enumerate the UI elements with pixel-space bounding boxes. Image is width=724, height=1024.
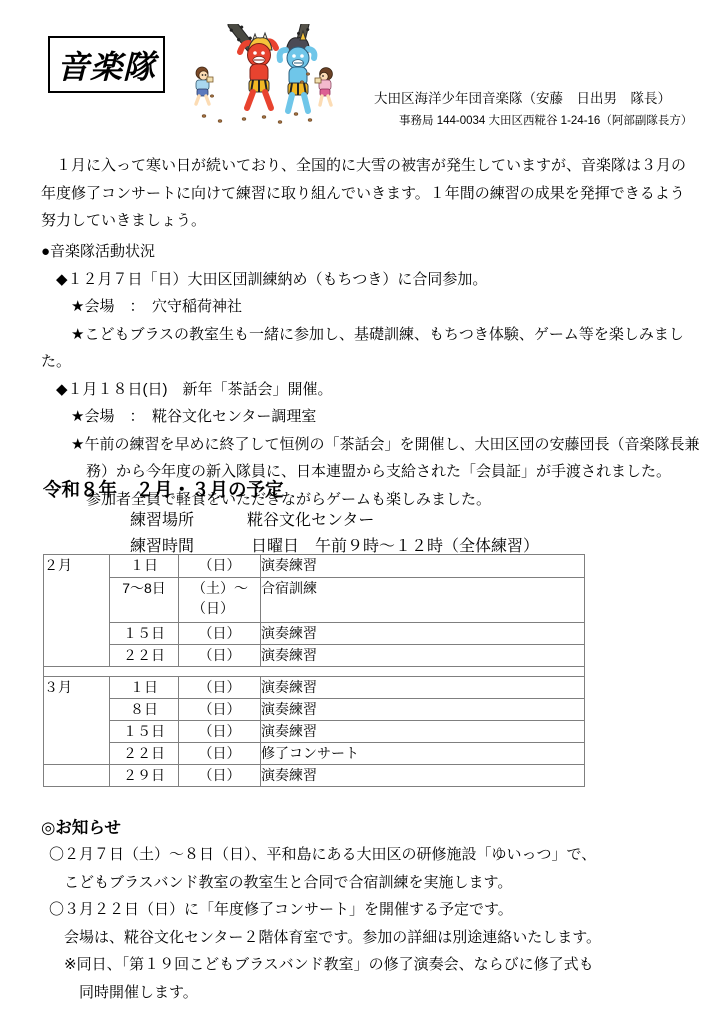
day-cell: ２２日 — [110, 645, 179, 667]
weekday-cell: （日） — [179, 677, 261, 699]
activity-cell: 演奏練習 — [261, 645, 585, 667]
intro-paragraph: １月に入って寒い日が続いており、全国的に大雪の被害が発生していますが、音楽隊は３… — [41, 152, 686, 235]
month-cell: ３月 — [44, 677, 110, 765]
activity-line: た。 — [41, 348, 699, 376]
table-spacer-row — [44, 667, 585, 677]
notice-line: こどもブラスバンド教室の教室生と合同で合宿訓練を実施します。 — [49, 869, 601, 897]
practice-place-label: 練習場所 — [130, 507, 194, 530]
notice-line: 同時開催します。 — [49, 979, 601, 1007]
activity-cell: 演奏練習 — [261, 699, 585, 721]
weekday-cell: （日） — [179, 645, 261, 667]
spacer-cell — [44, 667, 585, 677]
table-row: １５日 （日） 演奏練習 — [44, 623, 585, 645]
red-oni-figure — [225, 24, 276, 108]
office-address-line: 事務局 144-0034 大田区西糀谷 1-24-16（阿部副隊長方） — [399, 112, 692, 128]
activity-line: ★こどもブラスの教室生も一緒に参加し、基礎訓練、もちつき体験、ゲーム等を楽しみま… — [41, 321, 699, 349]
notice-line: ※同日、「第１９回こどもブラスバンド教室」の修了演奏会、ならびに修了式も — [49, 951, 601, 979]
blue-oni-figure — [280, 24, 315, 111]
activity-cell: 合宿訓練 — [261, 578, 585, 623]
girl-throwing-beans-figure — [315, 68, 332, 105]
activity-line: ◆１月１８日(日) 新年「茶話会」開催。 — [41, 376, 699, 404]
day-cell: ８日 — [110, 699, 179, 721]
weekday-cell: （日） — [179, 623, 261, 645]
activity-heading: ●音楽隊活動状況 — [41, 238, 699, 266]
day-cell: １日 — [110, 555, 179, 578]
activity-line: ★午前の練習を早めに終了して恒例の「茶話会」を開催し、大田区団の安藤団長（音楽隊… — [41, 431, 699, 459]
activity-cell: 演奏練習 — [261, 555, 585, 578]
weekday-cell: （日） — [179, 699, 261, 721]
activity-cell: 演奏練習 — [261, 765, 585, 787]
intro-line: 努力していきましょう。 — [41, 207, 686, 235]
weekday-cell: （土）～ （日） — [179, 578, 261, 623]
practice-place-value: 糀谷文化センター — [247, 507, 374, 530]
title-box: 音楽隊 — [48, 36, 165, 93]
weekday-cell: （日） — [179, 743, 261, 765]
table-row: ２２日 （日） 修了コンサート — [44, 743, 585, 765]
activity-section: ●音楽隊活動状況 ◆１２月７日「日）大田区団訓練納め（もちつき）に合同参加。 ★… — [41, 238, 699, 513]
activity-cell: 演奏練習 — [261, 677, 585, 699]
weekday-cell: （日） — [179, 721, 261, 743]
notice-line: 会場は、糀谷文化センター２階体育室です。参加の詳細は別途連絡いたします。 — [49, 924, 601, 952]
activity-cell: 演奏練習 — [261, 623, 585, 645]
day-cell: １５日 — [110, 623, 179, 645]
weekday-cell: （日） — [179, 765, 261, 787]
activity-cell: 演奏練習 — [261, 721, 585, 743]
table-row: １５日 （日） 演奏練習 — [44, 721, 585, 743]
activity-line: ★会場 ： 穴守稲荷神社 — [41, 293, 699, 321]
table-row: ８日 （日） 演奏練習 — [44, 699, 585, 721]
notice-heading: ◎お知らせ — [41, 814, 121, 838]
notice-line: 〇２月７日（土）～８日（日）、平和島にある大田区の研修施設「ゆいっつ」で、 — [49, 841, 601, 869]
day-cell: ２２日 — [110, 743, 179, 765]
table-row: ３月 １日 （日） 演奏練習 — [44, 677, 585, 699]
schedule-table: ２月 １日 （日） 演奏練習 7～8日 （土）～ （日） 合宿訓練 １５日 （日… — [43, 554, 585, 787]
setsubun-oni-illustration — [190, 24, 350, 129]
practice-time-label: 練習時間 — [130, 533, 194, 556]
schedule-heading: 令和８年 ２月・３月の予定 — [43, 476, 284, 502]
day-cell: １日 — [110, 677, 179, 699]
newsletter-page: 音楽隊 — [0, 0, 724, 1024]
intro-line: １月に入って寒い日が続いており、全国的に大雪の被害が発生していますが、音楽隊は３… — [41, 152, 686, 180]
activity-line: ◆１２月７日「日）大田区団訓練納め（もちつき）に合同参加。 — [41, 266, 699, 294]
intro-line: 年度修了コンサートに向けて練習に取り組んでいきます。１年間の練習の成果を発揮でき… — [41, 180, 686, 208]
organization-line: 大田区海洋少年団音楽隊（安藤 日出男 隊長） — [374, 87, 671, 107]
notice-line: 〇３月２２日（日）に「年度修了コンサート」を開催する予定です。 — [49, 896, 601, 924]
table-row: ２９日 （日） 演奏練習 — [44, 765, 585, 787]
boy-throwing-beans-figure — [196, 67, 213, 104]
day-cell: １５日 — [110, 721, 179, 743]
table-row: ２２日 （日） 演奏練習 — [44, 645, 585, 667]
month-cell-empty — [44, 765, 110, 787]
weekday-cell: （日） — [179, 555, 261, 578]
oni-illustration-svg — [190, 24, 350, 129]
day-cell: ２９日 — [110, 765, 179, 787]
day-cell: 7～8日 — [110, 578, 179, 623]
notice-section: 〇２月７日（土）～８日（日）、平和島にある大田区の研修施設「ゆいっつ」で、 こど… — [49, 841, 601, 1006]
month-cell: ２月 — [44, 555, 110, 667]
page-title: 音楽隊 — [57, 42, 156, 88]
table-row: 7～8日 （土）～ （日） 合宿訓練 — [44, 578, 585, 623]
activity-cell: 修了コンサート — [261, 743, 585, 765]
table-row: ２月 １日 （日） 演奏練習 — [44, 555, 585, 578]
practice-time-value: 日曜日 午前９時～１２時（全体練習） — [251, 533, 539, 556]
activity-line: ★会場 ： 糀谷文化センター調理室 — [41, 403, 699, 431]
